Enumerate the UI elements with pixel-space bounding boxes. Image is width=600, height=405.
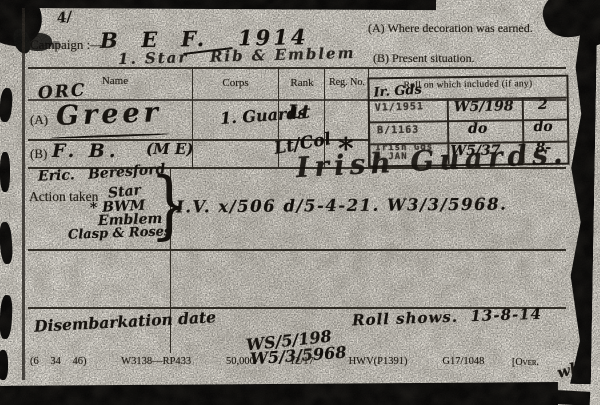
roll-box-pen-note: Ir. Gds [373,82,422,100]
scan-edge-left-mark [0,295,13,340]
scan-edge-right-torn [565,24,597,384]
over-label: [Over. [512,357,539,368]
rank-column-header: Rank [280,77,324,89]
roll-row-stamp: B/1163 [377,126,419,136]
regno-column-header: Reg. No. [324,77,370,88]
disembarkation-date-label: Disembarkation date [34,307,217,336]
scan-edge-left-mark [0,350,8,380]
roll-row-ref: do [468,121,487,137]
scanned-card: 4/ Campaign :— B E F. 1914 1. Star Rib &… [0,0,600,405]
footer-print-codes: (6 34 46) W3138—RP433 50,000 12/17 HWV(P… [30,356,484,367]
table-top-rule [28,67,566,69]
corps-column-header: Corps [193,77,278,89]
roll-row-stamp: V1/1951 [375,102,424,113]
roll-row-page: 2 [524,97,562,114]
scan-edge-left-mark [0,88,13,123]
present-situation-note: (B) Present situation. [373,51,475,66]
pen-mark-top: 4/ [56,9,73,27]
scan-edge-bottom [0,382,558,405]
row-b-label: (B) [30,146,47,162]
scan-edge-bottom-right [520,388,591,405]
action-taken-label: Action taken [29,189,98,205]
roll-row-ref: W5/198 [454,98,514,115]
ink-smudge [50,41,61,49]
scan-edge-top [0,0,436,10]
row-a-label: (A) [30,112,48,128]
where-earned-note: (A) Where decoration was earned. [368,21,533,36]
card-left-edge [22,8,25,380]
scan-edge-left-mark [0,222,13,265]
action-rule [28,249,566,251]
row-b-note: (M E) [146,140,193,158]
first-name: Eric. [38,167,75,184]
row-b-name: F. B. [52,140,119,162]
action-result: I.V. x/506 d/5-4-21. W3/3/5968. [176,195,507,217]
irish-guards-scrawl: Irish Guards. [295,137,568,184]
row-a-rank: Lt [288,101,310,123]
roll-row-page: do [524,119,562,136]
row-a-name: Greer [55,97,162,132]
scan-edge-left-mark [0,152,10,192]
